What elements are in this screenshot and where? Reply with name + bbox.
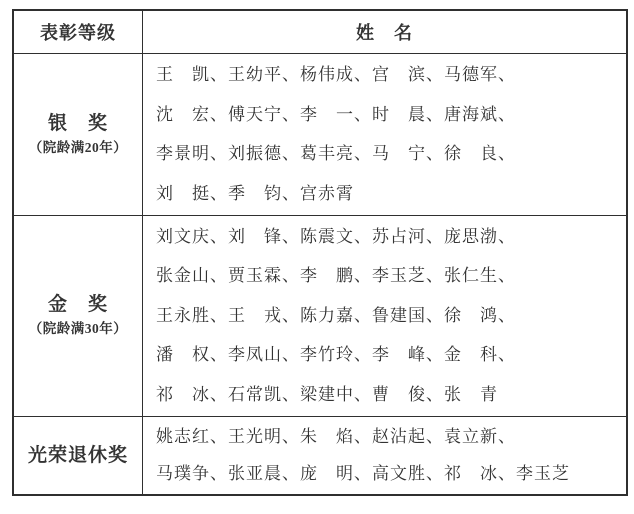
award-table: 表彰等级 姓 名 银 奖 （院龄满20年） 王 凯、王幼平、杨伟成、宫 滨、马德… <box>12 9 628 496</box>
name-line: 潘 权、李凤山、李竹玲、李 峰、金 科、 <box>156 335 622 374</box>
name-line: 姚志红、王光明、朱 焰、赵沾起、袁立新、 <box>156 418 622 455</box>
name-line: 祁 冰、石常凯、梁建中、曹 俊、张 青 <box>156 375 622 414</box>
silver-award-note: （院龄满20年） <box>29 137 128 159</box>
gold-award-names-cell: 刘文庆、刘 锋、陈震文、苏占河、庞思渤、 张金山、贾玉霖、李 鹏、李玉芝、张仁生… <box>143 216 626 416</box>
name-line: 沈 宏、傅天宁、李 一、时 晨、唐海斌、 <box>156 95 622 135</box>
silver-award-level-cell: 银 奖 （院龄满20年） <box>14 54 143 215</box>
table-header-row: 表彰等级 姓 名 <box>14 11 626 53</box>
table-row-retirement-award: 光荣退休奖 姚志红、王光明、朱 焰、赵沾起、袁立新、 马璞争、张亚晨、庞 明、高… <box>14 416 626 494</box>
document-page: 表彰等级 姓 名 银 奖 （院龄满20年） 王 凯、王幼平、杨伟成、宫 滨、马德… <box>0 0 634 514</box>
table-row-gold-award: 金 奖 （院龄满30年） 刘文庆、刘 锋、陈震文、苏占河、庞思渤、 张金山、贾玉… <box>14 215 626 416</box>
header-cell-level: 表彰等级 <box>14 11 143 53</box>
name-line: 王永胜、王 戎、陈力嘉、鲁建国、徐 鸿、 <box>156 296 622 335</box>
name-line: 王 凯、王幼平、杨伟成、宫 滨、马德军、 <box>156 55 622 95</box>
retirement-award-names-cell: 姚志红、王光明、朱 焰、赵沾起、袁立新、 马璞争、张亚晨、庞 明、高文胜、祁 冰… <box>143 417 626 494</box>
retirement-award-title: 光荣退休奖 <box>28 443 128 469</box>
retirement-award-level-cell: 光荣退休奖 <box>14 417 143 494</box>
silver-award-title: 银 奖 <box>48 111 108 137</box>
name-line: 马璞争、张亚晨、庞 明、高文胜、祁 冰、李玉芝 <box>156 455 622 492</box>
table-row-silver-award: 银 奖 （院龄满20年） 王 凯、王幼平、杨伟成、宫 滨、马德军、 沈 宏、傅天… <box>14 53 626 215</box>
name-line: 李景明、刘振德、葛丰亮、马 宁、徐 良、 <box>156 134 622 174</box>
gold-award-level-cell: 金 奖 （院龄满30年） <box>14 216 143 416</box>
name-line: 刘文庆、刘 锋、陈震文、苏占河、庞思渤、 <box>156 217 622 256</box>
gold-award-title: 金 奖 <box>48 292 108 318</box>
silver-award-names-cell: 王 凯、王幼平、杨伟成、宫 滨、马德军、 沈 宏、傅天宁、李 一、时 晨、唐海斌… <box>143 54 626 215</box>
header-cell-name: 姓 名 <box>143 11 626 53</box>
name-line: 刘 挺、季 钧、宫赤霄 <box>156 174 622 214</box>
gold-award-note: （院龄满30年） <box>29 318 128 340</box>
name-line: 张金山、贾玉霖、李 鹏、李玉芝、张仁生、 <box>156 256 622 295</box>
